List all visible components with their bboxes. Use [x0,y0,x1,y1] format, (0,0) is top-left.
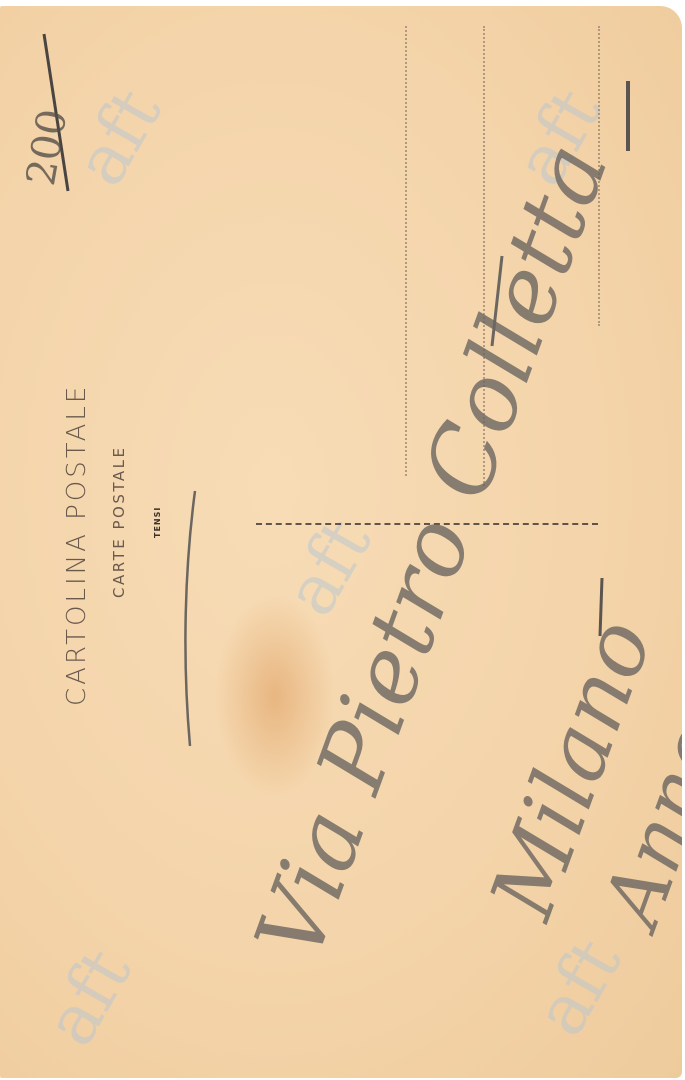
watermark: aft [58,75,177,199]
watermark: aft [268,505,387,629]
reference-number: 200 [18,106,77,189]
watermark: aft [28,935,147,1059]
address-city: Milano [470,606,672,931]
address-line [598,26,600,326]
year-note: Anno 1916 [585,494,682,937]
watermark: aft [518,925,637,1049]
divider-line [256,523,598,525]
watermark: aft [498,75,617,199]
address-line [405,26,407,476]
printed-title: CARTOLINA POSTALE [62,384,92,706]
postcard-back: aft aft aft aft aft CARTOLINA POSTALE CA… [0,6,682,1078]
address-street: Via Pietro Colletta [235,130,629,972]
printed-subtitle: CARTE POSTALE [110,446,128,598]
pencil-strokes [0,6,682,1078]
address-line [483,26,485,486]
printed-publisher: TENSI [153,507,162,538]
